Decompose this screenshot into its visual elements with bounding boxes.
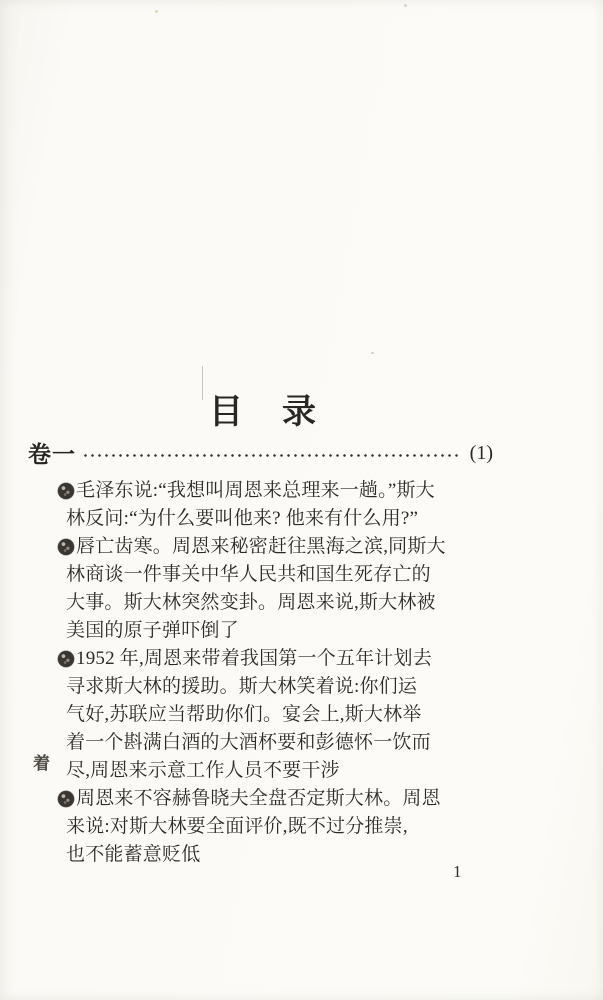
toc-entry: 毛泽东说:“我想叫周恩来总理来一趟。”斯大 林反问:“为什么要叫他来? 他来有什… [58,477,528,533]
toc-entry-line: 毛泽东说:“我想叫周恩来总理来一趟。”斯大 [58,477,528,505]
toc-entry-line: 大事。斯大林突然变卦。周恩来说,斯大林被 [58,589,528,617]
scan-speck [155,10,158,13]
toc-entry-text: 唇亡齿寒。周恩来秘密赶往黑海之滨,同斯大 [76,533,446,561]
seal-bullet-icon [58,791,74,807]
toc-entry: 唇亡齿寒。周恩来秘密赶往黑海之滨,同斯大 林商谈一件事关中华人民共和国生死存亡的… [58,533,528,645]
volume-page-number: (1) [470,442,493,465]
toc-entry-text: 毛泽东说:“我想叫周恩来总理来一趟。”斯大 [76,477,435,505]
page-title: 目 录 [209,384,318,433]
toc-entry-line: 美国的原子弹吓倒了 [58,617,528,645]
toc-entry-line: 周恩来不容赫鲁晓夫全盘否定斯大林。周恩 [58,785,528,813]
toc-entry-line: 林商谈一件事关中华人民共和国生死存亡的 [58,561,528,589]
toc-entry-line: 尽,周恩来示意工作人员不要干涉 [58,757,528,785]
toc-entry-line: 林反问:“为什么要叫他来? 他来有什么用?” [58,505,528,533]
toc-entry-line: 来说:对斯大林要全面评价,既不过分推崇, [58,813,528,841]
seal-bullet-icon [58,539,74,555]
toc-entry-line: 唇亡齿寒。周恩来秘密赶往黑海之滨,同斯大 [58,533,528,561]
scanned-book-page: 目 录 卷一 (1) 毛泽东说:“我想叫周恩来总理来一趟。”斯大 林反问:“为什… [0,0,603,1000]
toc-entry: 周恩来不容赫鲁晓夫全盘否定斯大林。周恩 来说:对斯大林要全面评价,既不过分推崇,… [58,785,528,869]
page-number: 1 [453,862,462,882]
toc-entry-text: 周恩来不容赫鲁晓夫全盘否定斯大林。周恩 [76,785,441,813]
toc-entry-line: 寻求斯大林的援助。斯大林笑着说:你们运 [58,673,528,701]
toc-volume-row: 卷一 (1) [28,438,493,466]
toc-entry-line: 着一个斟满白酒的大酒杯要和彭德怀一饮而 [58,729,528,757]
margin-bleed-character: 着 [33,749,50,774]
scan-speck [371,352,374,354]
toc-entry-line: 1952 年,周恩来带着我国第一个五年计划去 [58,645,528,673]
seal-bullet-icon [58,483,74,499]
toc-entry-text: 1952 年,周恩来带着我国第一个五年计划去 [76,645,432,673]
toc-entry: 1952 年,周恩来带着我国第一个五年计划去 寻求斯大林的援助。斯大林笑着说:你… [58,645,528,785]
dot-leader [82,452,460,459]
seal-bullet-icon [58,651,74,667]
toc-entry-line: 气好,苏联应当帮助你们。宴会上,斯大林举 [58,701,528,729]
toc-entries: 毛泽东说:“我想叫周恩来总理来一趟。”斯大 林反问:“为什么要叫他来? 他来有什… [58,477,528,869]
scan-line-artifact [202,366,203,400]
volume-label: 卷一 [28,436,76,469]
scan-speck [404,4,407,7]
